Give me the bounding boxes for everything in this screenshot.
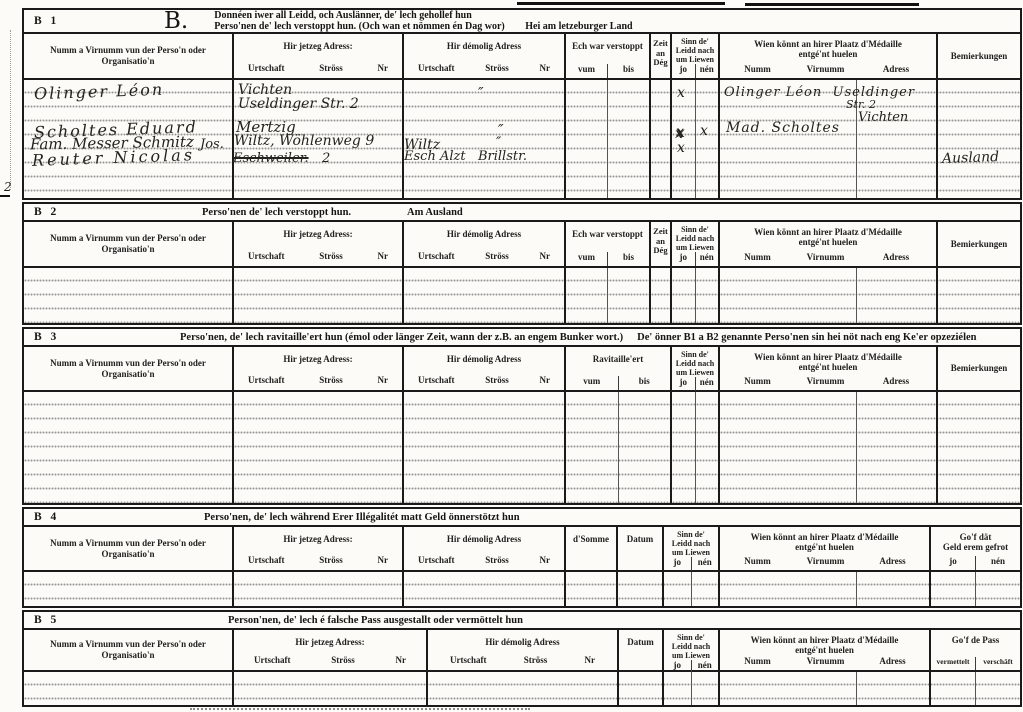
section-b2-id: B 2 (24, 206, 164, 218)
hw-row2-medaille: Mad. Scholtes (726, 121, 840, 135)
col-name: Numm a Virnumm vun der Perso'n oder Orga… (24, 527, 232, 570)
col-gof-de-pass: Go'f de Pass vermetteltverschäft (929, 630, 1020, 670)
section-b1: B 1 B. Donnéen iwer all Leidd, och Auslä… (22, 8, 1022, 200)
title-right: Hei am letzeburger Land (525, 21, 632, 32)
section-b5: B 5 Person'nen, de' lech é falsche Pass … (22, 610, 1022, 707)
hw-row3-jetzeg: Wiltz, Wöhlenweg 9 (234, 134, 374, 148)
label-nen: nén (695, 64, 719, 78)
section-b4-title: Perso'nen, de' lech während Erer Illégal… (204, 512, 520, 523)
section-b4-grid (24, 572, 1020, 606)
hw-row4-name: Reuter Nicolas (32, 147, 195, 169)
col-demolig-adress: Hir démolig Adress UrtschaftStrössNr (402, 34, 564, 78)
section-b5-title: Person'nen, de' lech é falsche Pass ausg… (228, 615, 523, 626)
label-verschaft: verschäft (975, 657, 1020, 670)
hw-row2-jo-mark-smudged: x (676, 126, 684, 140)
col-sinn: Sinn de'Leidd nachum Liewen jonén (670, 347, 718, 390)
hw-row2-nen-mark: x (700, 124, 708, 138)
label-bis: bis (607, 64, 649, 78)
col-sinn: Sinn de'Leidd nachum Liewen jonén (662, 527, 718, 570)
margin-handwritten-number: 2 (4, 180, 12, 194)
section-b1-header: Numm a Virnumm vun der Perso'n oder Orga… (24, 34, 1020, 80)
hw-row4-demolig: Esch Alzt Brillstr. (404, 150, 527, 163)
section-b2-body (24, 268, 1020, 323)
label-stross: Ströss (319, 63, 343, 73)
col-geld-gefrot: Go'f dätGeld erem gefrot jonén (929, 527, 1020, 570)
section-b3: B 3 Perso'nen, de' lech ravitaille'ert h… (22, 327, 1022, 505)
col-demolig-adress: Hir démolig Adress UrtschaftStrössNr (402, 527, 564, 570)
section-b3-grid (24, 392, 1020, 503)
section-b2-header: Numm a Virnumm vun der Perso'n oder Orga… (24, 222, 1020, 268)
col-dsomme: d'Somme (564, 527, 616, 570)
label-urtschaft: Urtschaft (418, 63, 455, 73)
label-stross: Ströss (485, 63, 509, 73)
hw-row4-jetzeg-nr: 2 (322, 152, 330, 165)
label-vum: vum (566, 64, 607, 78)
col-demolig-adress: Hir démolig Adress UrtschaftStrössNr (402, 222, 564, 266)
col-sinn: Sinn de'Leidd nachum Liewen jonén (662, 630, 718, 670)
label-nr: Nr (377, 63, 388, 73)
section-b1-title: Donnéen iwer all Leidd, och Auslänner, d… (214, 10, 632, 33)
col-bemierkungen: Bemierkungen (936, 34, 1020, 78)
hw-row4-jetzeg-struck: Eschweiler. (233, 152, 309, 165)
label-virnumm: Virnumm (795, 64, 856, 74)
col-jetzeg-adress: Hir jetzeg Adress: UrtschaftStrössNr (232, 630, 426, 670)
hw-row3-jo-mark: x (677, 141, 685, 155)
section-b3-id: B 3 (24, 331, 164, 343)
col-bemierkungen: Bemierkungen (936, 347, 1020, 390)
scan-artifact-bottom-dots (190, 708, 530, 710)
b1-handwriting: Olinger Léon Vichten Useldinger Str. 2 ″… (24, 80, 1020, 198)
hw-row3-name-suffix: Jos. (200, 138, 224, 151)
section-b2-title: Perso'nen de' lech verstoppt hun. (202, 207, 351, 218)
section-b3-title-right: De' önner B1 a B2 genannte Perso'nen sin… (637, 332, 976, 343)
col-sinn: Sinn de'Leidd nachum Liewen jonén (670, 222, 718, 266)
section-b2-titlebar: B 2 Perso'nen de' lech verstoppt hun. Am… (24, 204, 1020, 222)
scan-artifact-left-dash (0, 195, 10, 197)
section-b1-body: Olinger Léon Vichten Useldinger Str. 2 ″… (24, 80, 1020, 198)
col-verstoppt: Ech war verstoppt vumbis (564, 222, 649, 266)
section-letter: B. (164, 11, 188, 31)
col-jetzeg-adress: Hir jetzeg Adress: UrtschaftStrössNr (232, 222, 402, 266)
scan-artifact-top-line-2 (745, 3, 919, 6)
label-vermettelt: vermettelt (931, 657, 975, 670)
section-b3-titlebar: B 3 Perso'nen, de' lech ravitaille'ert h… (24, 329, 1020, 347)
title-line1: Donnéen iwer all Leidd, och Auslänner, d… (214, 10, 632, 22)
section-b3-header: Numm a Virnumm vun der Perso'n oder Orga… (24, 347, 1020, 392)
label-nr: Nr (539, 63, 550, 73)
section-b2: B 2 Perso'nen de' lech verstoppt hun. Am… (22, 202, 1022, 325)
section-b2-title-right: Am Ausland (407, 207, 463, 218)
section-b5-header: Numm a Virnumm vun der Perso'n oder Orga… (24, 630, 1020, 672)
label-numm: Numm (720, 64, 795, 74)
section-b1-id: B 1 (24, 15, 164, 27)
label-urtschaft: Urtschaft (248, 63, 285, 73)
hw-row1-name: Olinger Léon (34, 82, 165, 103)
col-medaille: Wien könnt an hirer Plaatz d'Médailleent… (718, 222, 936, 266)
hw-row1-jo-mark: x (677, 86, 685, 100)
section-b4-header: Numm a Virnumm vun der Perso'n oder Orga… (24, 527, 1020, 572)
col-name: Numm a Virnumm vun der Perso'n oder Orga… (24, 34, 232, 78)
col-datum: Datum (617, 630, 662, 670)
hw-row1-demolig-ditto: ″ (478, 86, 484, 101)
col-jetzeg-adress: Hir jetzeg Adress: UrtschaftStrössNr (232, 527, 402, 570)
col-medaille: Wien könnt an hirer Plaatz d'Médailleent… (718, 630, 929, 670)
hw-row1-medaille-line2: Str. 2 (846, 99, 876, 110)
col-jetzeg-adress: Hir jetzeg Adress: UrtschaftStrössNr (232, 34, 402, 78)
col-name: Numm a Virnumm vun der Perso'n oder Orga… (24, 630, 232, 670)
hw-row1-medaille-line3: Vichten (858, 111, 908, 124)
col-zeit: ZeitanDég (649, 222, 670, 266)
col-bemierkungen: Bemierkungen (936, 222, 1020, 266)
col-jetzeg-adress: Hir jetzeg Adress: UrtschaftStrössNr (232, 347, 402, 390)
col-verstoppt: Ech war verstoppt vumbis (564, 34, 649, 78)
section-b2-grid (24, 268, 1020, 323)
scan-artifact-top-line-1 (517, 2, 725, 5)
section-b5-titlebar: B 5 Person'nen, de' lech é falsche Pass … (24, 612, 1020, 630)
section-b1-titlebar: B 1 B. Donnéen iwer all Leidd, och Auslä… (24, 10, 1020, 34)
section-b4-id: B 4 (24, 511, 164, 523)
hw-row1-jetzeg-line1: Vichten (238, 83, 292, 97)
section-b4-body (24, 572, 1020, 606)
col-medaille: Wien könnt an hirer Plaatz d'Médailleent… (718, 347, 936, 390)
col-ravitailleert: Ravitaille'ert vumbis (564, 347, 670, 390)
label-adress: Adress (856, 64, 936, 74)
section-b3-title: Perso'nen, de' lech ravitaille'ert hun (… (180, 332, 623, 343)
col-name: Numm a Virnumm vun der Perso'n oder Orga… (24, 347, 232, 390)
section-b3-body (24, 392, 1020, 503)
col-name: Numm a Virnumm vun der Perso'n oder Orga… (24, 222, 232, 266)
hw-row1-medaille-line1: Olinger Léon Useldinger (724, 86, 915, 99)
section-b5-id: B 5 (24, 614, 164, 626)
hw-row3-demolig-ditto: ″ (496, 136, 501, 150)
label-jo: jo (672, 64, 695, 78)
col-zeit: ZeitanDég (649, 34, 670, 78)
section-b5-grid (24, 672, 1020, 705)
title-line2: Perso'nen de' lech verstoppt hun. (Och w… (214, 21, 505, 32)
col-medaille: Wien könnt an hirer Plaatz d'Médailleent… (718, 527, 929, 570)
scan-artifact-left-dots (10, 30, 11, 190)
hw-row4-bemierkung: Ausland (942, 150, 1000, 166)
col-demolig-adress: Hir démolig Adress UrtschaftStrössNr (426, 630, 617, 670)
col-sinn: Sinn de'Leidd nachum Liewen jonén (670, 34, 718, 78)
form-sheet: 2 B 1 B. Donnéen iwer all Leidd, och Aus… (0, 0, 1023, 712)
section-b5-body (24, 672, 1020, 705)
col-medaille: Wien könnt an hirer Plaatz d'Médailleent… (718, 34, 936, 78)
section-b4-titlebar: B 4 Perso'nen, de' lech während Erer Ill… (24, 509, 1020, 527)
section-b4: B 4 Perso'nen, de' lech während Erer Ill… (22, 507, 1022, 608)
hw-row1-jetzeg-line2: Useldinger Str. 2 (238, 97, 359, 111)
col-demolig-adress: Hir démolig Adress UrtschaftStrössNr (402, 347, 564, 390)
col-datum: Datum (616, 527, 662, 570)
